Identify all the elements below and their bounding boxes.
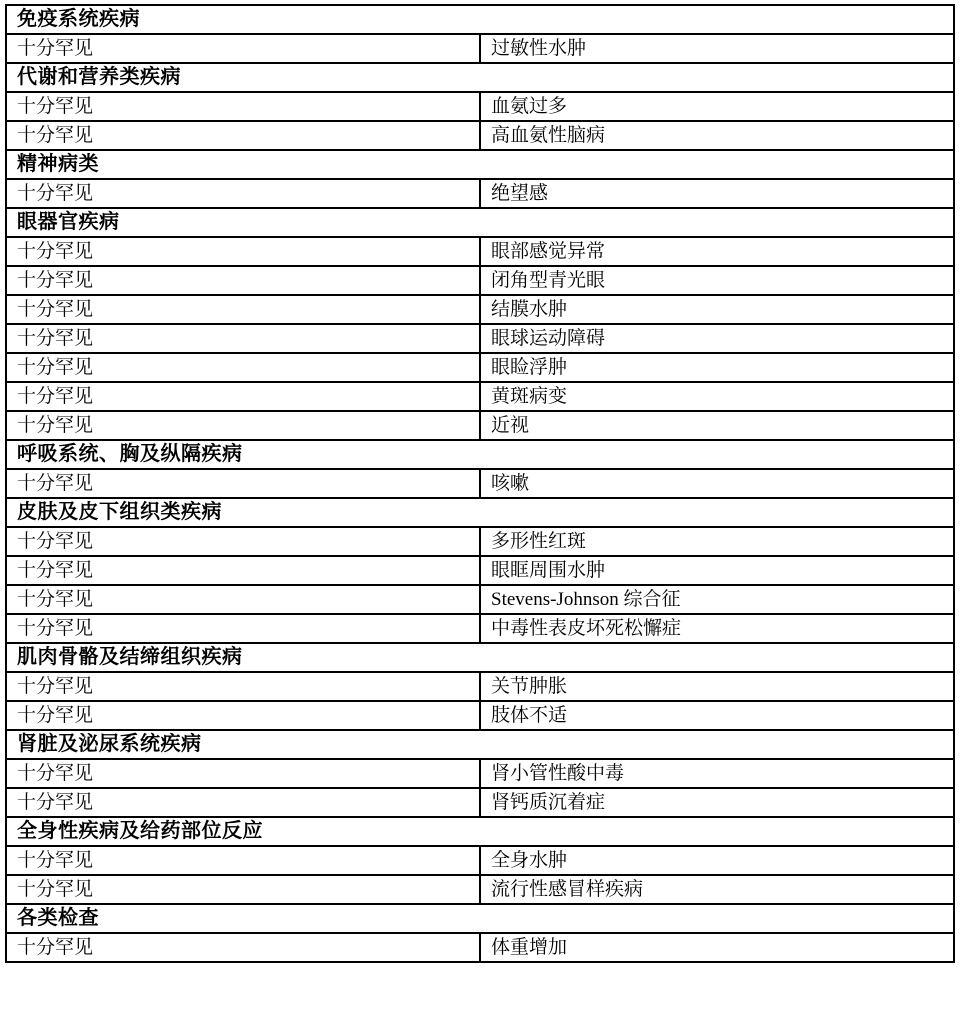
table-row: 十分罕见肾小管性酸中毒 — [6, 759, 954, 788]
section-header-row: 精神病类 — [6, 150, 954, 179]
section-header: 呼吸系统、胸及纵隔疾病 — [6, 440, 954, 469]
table-row: 十分罕见咳嗽 — [6, 469, 954, 498]
section-header: 肌肉骨骼及结缔组织疾病 — [6, 643, 954, 672]
table-row: 十分罕见体重增加 — [6, 933, 954, 962]
reaction-cell: 体重增加 — [480, 933, 954, 962]
section-header: 皮肤及皮下组织类疾病 — [6, 498, 954, 527]
reaction-cell: 闭角型青光眼 — [480, 266, 954, 295]
reaction-cell: 眼部感觉异常 — [480, 237, 954, 266]
frequency-cell: 十分罕见 — [6, 92, 480, 121]
table-row: 十分罕见眼眶周围水肿 — [6, 556, 954, 585]
frequency-cell: 十分罕见 — [6, 933, 480, 962]
section-header-row: 肾脏及泌尿系统疾病 — [6, 730, 954, 759]
section-header: 眼器官疾病 — [6, 208, 954, 237]
frequency-cell: 十分罕见 — [6, 759, 480, 788]
reaction-cell: 黄斑病变 — [480, 382, 954, 411]
section-header-row: 眼器官疾病 — [6, 208, 954, 237]
reaction-cell: 眼睑浮肿 — [480, 353, 954, 382]
section-header: 肾脏及泌尿系统疾病 — [6, 730, 954, 759]
frequency-cell: 十分罕见 — [6, 295, 480, 324]
section-header-row: 皮肤及皮下组织类疾病 — [6, 498, 954, 527]
reaction-cell: 血氨过多 — [480, 92, 954, 121]
adverse-reactions-table-grid: 免疫系统疾病十分罕见过敏性水肿代谢和营养类疾病十分罕见血氨过多十分罕见高血氨性脑… — [5, 4, 955, 963]
table-row: 十分罕见肾钙质沉着症 — [6, 788, 954, 817]
frequency-cell: 十分罕见 — [6, 585, 480, 614]
section-header-row: 代谢和营养类疾病 — [6, 63, 954, 92]
table-row: 十分罕见近视 — [6, 411, 954, 440]
section-header: 免疫系统疾病 — [6, 5, 954, 34]
frequency-cell: 十分罕见 — [6, 34, 480, 63]
table-row: 十分罕见血氨过多 — [6, 92, 954, 121]
frequency-cell: 十分罕见 — [6, 701, 480, 730]
reaction-cell: 高血氨性脑病 — [480, 121, 954, 150]
reaction-cell: 眼球运动障碍 — [480, 324, 954, 353]
frequency-cell: 十分罕见 — [6, 382, 480, 411]
frequency-cell: 十分罕见 — [6, 875, 480, 904]
section-header: 全身性疾病及给药部位反应 — [6, 817, 954, 846]
table-row: 十分罕见关节肿胀 — [6, 672, 954, 701]
section-header-row: 呼吸系统、胸及纵隔疾病 — [6, 440, 954, 469]
table-row: 十分罕见全身水肿 — [6, 846, 954, 875]
frequency-cell: 十分罕见 — [6, 353, 480, 382]
frequency-cell: 十分罕见 — [6, 179, 480, 208]
frequency-cell: 十分罕见 — [6, 614, 480, 643]
frequency-cell: 十分罕见 — [6, 469, 480, 498]
section-header: 精神病类 — [6, 150, 954, 179]
frequency-cell: 十分罕见 — [6, 121, 480, 150]
frequency-cell: 十分罕见 — [6, 266, 480, 295]
table-row: 十分罕见黄斑病变 — [6, 382, 954, 411]
adverse-reactions-table: 免疫系统疾病十分罕见过敏性水肿代谢和营养类疾病十分罕见血氨过多十分罕见高血氨性脑… — [5, 4, 955, 963]
table-row: 十分罕见绝望感 — [6, 179, 954, 208]
section-header-row: 肌肉骨骼及结缔组织疾病 — [6, 643, 954, 672]
table-row: 十分罕见眼部感觉异常 — [6, 237, 954, 266]
table-row: 十分罕见结膜水肿 — [6, 295, 954, 324]
frequency-cell: 十分罕见 — [6, 411, 480, 440]
frequency-cell: 十分罕见 — [6, 788, 480, 817]
reaction-cell: 过敏性水肿 — [480, 34, 954, 63]
table-row: 十分罕见眼球运动障碍 — [6, 324, 954, 353]
reaction-cell: Stevens-Johnson 综合征 — [480, 585, 954, 614]
table-row: 十分罕见中毒性表皮坏死松懈症 — [6, 614, 954, 643]
reaction-cell: 绝望感 — [480, 179, 954, 208]
reaction-cell: 咳嗽 — [480, 469, 954, 498]
table-row: 十分罕见Stevens-Johnson 综合征 — [6, 585, 954, 614]
table-row: 十分罕见闭角型青光眼 — [6, 266, 954, 295]
reaction-cell: 全身水肿 — [480, 846, 954, 875]
section-header-row: 免疫系统疾病 — [6, 5, 954, 34]
table-row: 十分罕见流行性感冒样疾病 — [6, 875, 954, 904]
reaction-cell: 肢体不适 — [480, 701, 954, 730]
section-header: 各类检查 — [6, 904, 954, 933]
section-header-row: 各类检查 — [6, 904, 954, 933]
table-row: 十分罕见肢体不适 — [6, 701, 954, 730]
frequency-cell: 十分罕见 — [6, 237, 480, 266]
reaction-cell: 流行性感冒样疾病 — [480, 875, 954, 904]
reaction-cell: 结膜水肿 — [480, 295, 954, 324]
frequency-cell: 十分罕见 — [6, 324, 480, 353]
reaction-cell: 多形性红斑 — [480, 527, 954, 556]
table-row: 十分罕见过敏性水肿 — [6, 34, 954, 63]
reaction-cell: 近视 — [480, 411, 954, 440]
table-row: 十分罕见眼睑浮肿 — [6, 353, 954, 382]
reaction-cell: 中毒性表皮坏死松懈症 — [480, 614, 954, 643]
table-row: 十分罕见高血氨性脑病 — [6, 121, 954, 150]
frequency-cell: 十分罕见 — [6, 556, 480, 585]
section-header: 代谢和营养类疾病 — [6, 63, 954, 92]
reaction-cell: 肾小管性酸中毒 — [480, 759, 954, 788]
table-body: 免疫系统疾病十分罕见过敏性水肿代谢和营养类疾病十分罕见血氨过多十分罕见高血氨性脑… — [6, 5, 954, 962]
frequency-cell: 十分罕见 — [6, 672, 480, 701]
section-header-row: 全身性疾病及给药部位反应 — [6, 817, 954, 846]
reaction-cell: 眼眶周围水肿 — [480, 556, 954, 585]
reaction-cell: 肾钙质沉着症 — [480, 788, 954, 817]
table-row: 十分罕见多形性红斑 — [6, 527, 954, 556]
frequency-cell: 十分罕见 — [6, 527, 480, 556]
reaction-cell: 关节肿胀 — [480, 672, 954, 701]
frequency-cell: 十分罕见 — [6, 846, 480, 875]
